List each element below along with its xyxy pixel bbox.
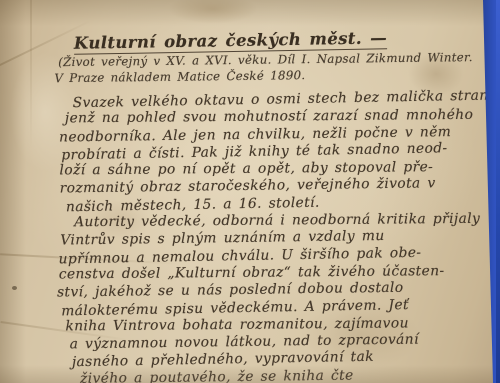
photo-background: Kulturní obraz českých měst. — (Život ve… — [0, 0, 500, 383]
manuscript-body: Svazek velkého oktavu o osmi stech bez m… — [0, 89, 472, 383]
manuscript-subtitle: (Život veřejný v XV. a XVI. věku. Díl I.… — [0, 50, 468, 88]
manuscript-page: Kulturní obraz českých měst. — (Život ve… — [0, 0, 500, 383]
table-surface-edge — [496, 0, 500, 383]
paper-shadow-top — [0, 0, 500, 26]
manuscript-text: Kulturní obraz českých měst. — (Život ve… — [0, 28, 472, 383]
